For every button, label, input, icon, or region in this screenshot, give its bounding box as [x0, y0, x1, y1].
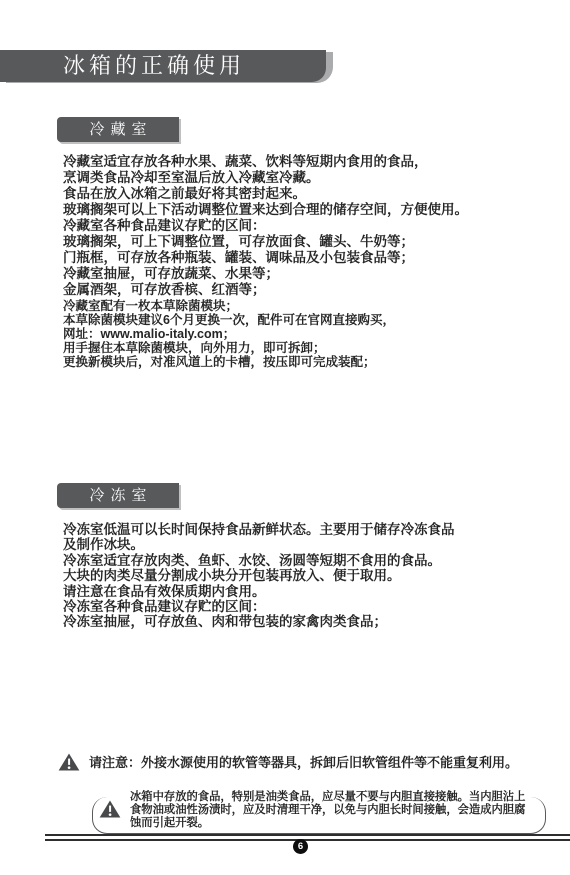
footer-divider — [45, 834, 570, 841]
text-line: 玻璃搁架，可上下调整位置，可存放面食、罐头、牛奶等； — [63, 234, 558, 250]
text-line: 大块的肉类尽量分割成小块分开包装再放入、便于取用。 — [63, 568, 558, 583]
text-line: 玻璃搁架可以上下活动调整位置来达到合理的储存空间，方便使用。 — [63, 202, 558, 218]
manual-page: 冰箱的正确使用 冷藏室 冷藏室适宜存放各种水果、蔬菜、饮料等短期内食用的食品， … — [0, 0, 570, 875]
text-line: 食物油或油性汤渍时，应及时清理干净，以免与内胆长时间接触，会造成内胆腐 — [130, 804, 540, 817]
text-line: 更换新模块后，对准风道上的卡槽，按压即可完成装配； — [63, 355, 558, 369]
text-line: 冰箱中存放的食品，特别是油类食品，应尽量不要与内胆直接接触。当内胆沾上 — [130, 791, 540, 804]
warning-triangle-icon — [99, 800, 121, 818]
text-line: 金属酒架，可存放香槟、红酒等； — [63, 282, 558, 298]
warning-triangle-icon — [58, 753, 80, 771]
fridge-paragraph-1: 冷藏室适宜存放各种水果、蔬菜、饮料等短期内食用的食品， 烹调类食品冷却至室温后放… — [63, 154, 558, 298]
text-line: 食品在放入冰箱之前最好将其密封起来。 — [63, 186, 558, 202]
text-line: 冷藏室抽屉，可存放蔬菜、水果等； — [63, 266, 558, 282]
text-line: 冷冻室各种食品建议存贮的区间： — [63, 599, 558, 614]
page-title-bar: 冰箱的正确使用 — [0, 50, 326, 82]
section-label-freezer: 冷冻室 — [57, 483, 179, 508]
text-line: 门瓶框，可存放各种瓶装、罐装、调味品及小包装食品等； — [63, 250, 558, 266]
text-line: 蚀而引起开裂。 — [130, 817, 540, 830]
note-water-hose-text: 请注意：外接水源使用的软管等器具，拆卸后旧软管组件等不能重复利用。 — [89, 752, 518, 771]
text-line: 冷藏室各种食品建议存贮的区间： — [63, 218, 558, 234]
note-liner-text: 冰箱中存放的食品，特别是油类食品，应尽量不要与内胆直接接触。当内胆沾上 食物油或… — [130, 791, 540, 830]
text-line: 冷冻室适宜存放肉类、鱼虾、水饺、汤圆等短期不食用的食品。 — [63, 553, 558, 568]
text-line: 用手握住本草除菌模块，向外用力，即可拆卸； — [63, 341, 558, 355]
text-line: 请注意在食品有效保质期内食用。 — [63, 584, 558, 599]
text-line: 冷藏室配有一枚本草除菌模块； — [63, 299, 558, 313]
text-line: 冷冻室低温可以长时间保持食品新鲜状态。主要用于储存冷冻食品 — [63, 522, 558, 537]
text-line: 冷冻室抽屉，可存放鱼、肉和带包装的家禽肉类食品； — [63, 614, 558, 629]
fridge-paragraph-2: 冷藏室配有一枚本草除菌模块； 本草除菌模块建议6个月更换一次，配件可在官网直接购… — [63, 299, 558, 369]
text-line: 及制作冰块。 — [63, 537, 558, 552]
note-water-hose: 请注意：外接水源使用的软管等器具，拆卸后旧软管组件等不能重复利用。 — [58, 752, 518, 771]
page-number-badge: 6 — [293, 839, 308, 854]
section-label-fridge: 冷藏室 — [57, 117, 179, 142]
text-line: 网址：www.malio-italy.com； — [63, 327, 558, 341]
page-title: 冰箱的正确使用 — [63, 50, 245, 82]
text-line: 冷藏室适宜存放各种水果、蔬菜、饮料等短期内食用的食品， — [63, 154, 558, 170]
freezer-paragraph-1: 冷冻室低温可以长时间保持食品新鲜状态。主要用于储存冷冻食品 及制作冰块。 冷冻室… — [63, 522, 558, 630]
text-line: 烹调类食品冷却至室温后放入冷藏室冷藏。 — [63, 170, 558, 186]
text-line: 本草除菌模块建议6个月更换一次，配件可在官网直接购买， — [63, 313, 558, 327]
